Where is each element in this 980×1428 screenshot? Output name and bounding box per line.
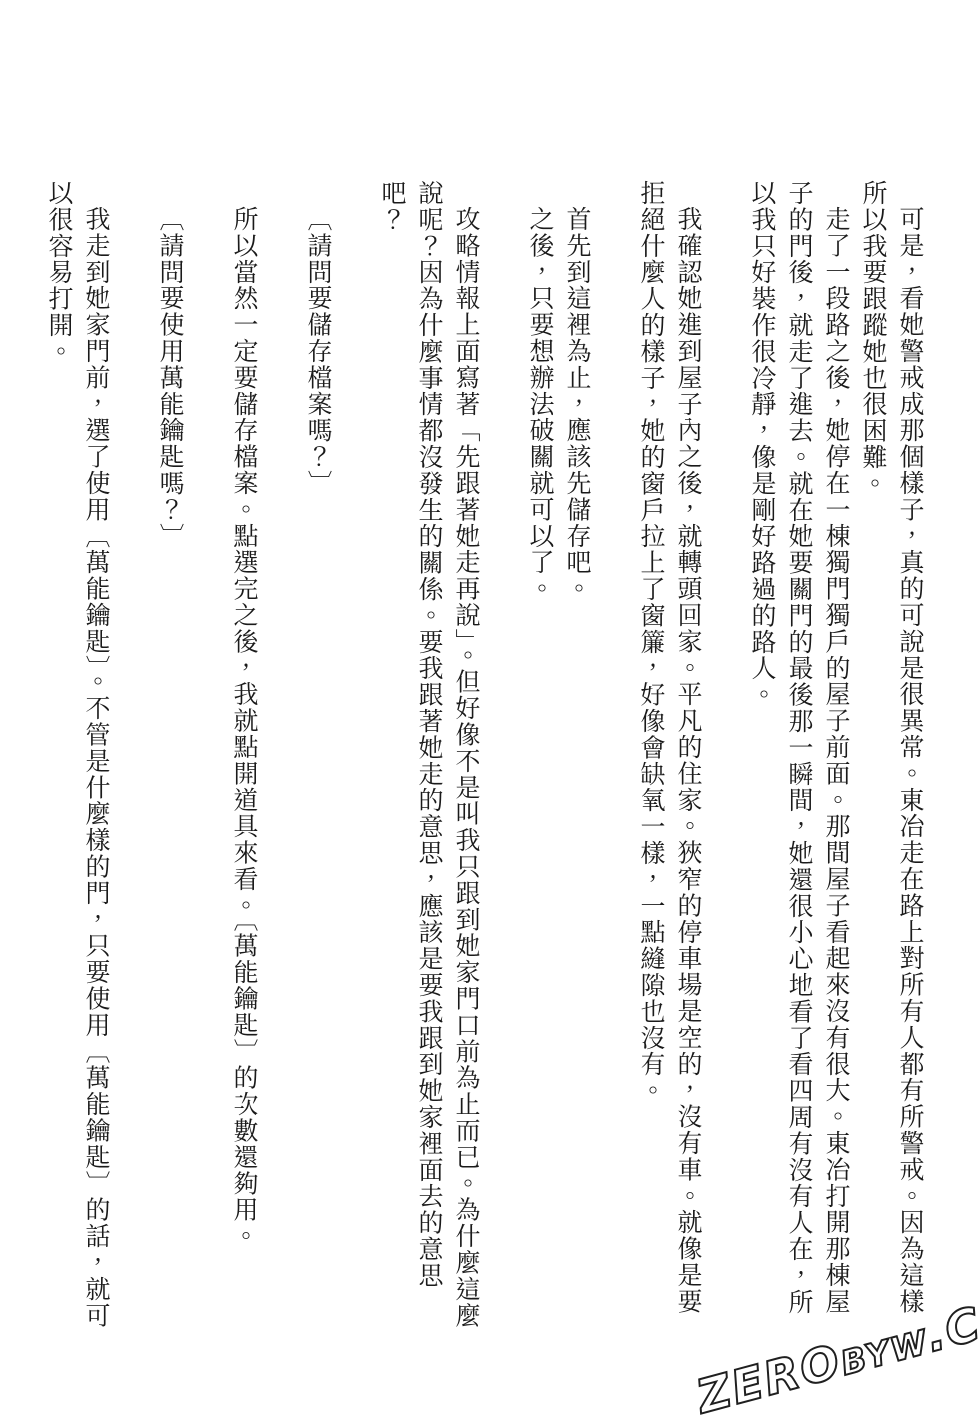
paragraph: 我走到她家門前，選了使用〔萬能鑰匙〕。不管是什麼樣的門，只要使用〔萬能鑰匙〕的話… — [40, 180, 114, 1340]
paragraph: 之後，只要想辦法破關就可以了。 — [521, 180, 558, 1340]
system-message-paragraph: 〔請問要使用萬能鑰匙嗎？〕 — [151, 180, 188, 1340]
paragraph: 我確認她進到屋子內之後，就轉頭回家。平凡的住家。狹窄的停車場是空的，沒有車。就像… — [632, 180, 706, 1340]
watermark-text-zero: ZERO — [691, 1334, 847, 1424]
paragraph: 首先到這裡為止，應該先儲存吧。 — [558, 180, 595, 1340]
paragraph: 走了一段路之後，她停在一棟獨門獨戶的屋子前面。那間屋子看起來沒有很大。東冶打開那… — [743, 180, 854, 1340]
scanned-book-page: 可是，看她警戒成那個樣子，真的可說是很異常。東冶走在路上對所有人都有所警戒。因為… — [0, 0, 980, 1428]
vertical-text-block: 可是，看她警戒成那個樣子，真的可說是很異常。東冶走在路上對所有人都有所警戒。因為… — [40, 180, 928, 1340]
paragraph: 攻略情報上面寫著「先跟著她走再說」。但好像不是叫我只跟到她家門口前為止而已。為什… — [373, 180, 484, 1340]
paragraph: 可是，看她警戒成那個樣子，真的可說是很異常。東冶走在路上對所有人都有所警戒。因為… — [854, 180, 928, 1340]
system-message-paragraph: 〔請問要儲存檔案嗎？〕 — [299, 180, 336, 1340]
paragraph: 所以當然一定要儲存檔案。點選完之後，我就點開道具來看。〔萬能鑰匙〕的次數還夠用。 — [225, 180, 262, 1340]
